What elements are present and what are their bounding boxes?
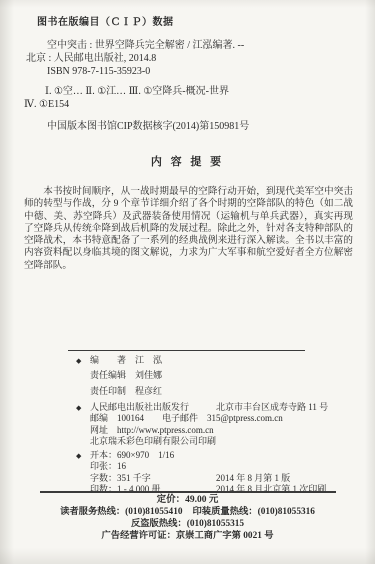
print-supervisor-line: 责任印制 程彦红	[90, 386, 162, 396]
colophon-row-postcode-email: 邮编 100164 电子邮件 315@ptpress.com.cn	[90, 413, 361, 424]
postcode-email-line: 邮编 100164 电子邮件 315@ptpress.com.cn	[90, 413, 283, 423]
printer-line: 北京瑞禾彩色印刷有限公司印刷	[90, 436, 216, 446]
antipiracy-hotline-number: (010)81055315	[187, 519, 244, 529]
colophon-row-printer: 北京瑞禾彩色印刷有限公司印刷	[90, 436, 361, 447]
colophon-row-format: ◆ 开本：690×970 1/16	[90, 450, 361, 461]
colophon-section: ◆ 编 著 江 泓 责任编辑 刘佳娜 责任印制 程彦红 ◆ 人民邮电出版社出版发…	[90, 353, 361, 495]
cip-class-line2: Ⅳ. ①E154	[24, 98, 357, 111]
cip-isbn-line: ISBN 978-7-115-35923-0	[26, 65, 357, 78]
format-line: 开本：690×970 1/16	[90, 450, 174, 460]
colophon-row-website: 网址 http://www.ptpress.com.cn	[90, 425, 361, 436]
editor-line: 责任编辑 刘佳娜	[90, 370, 162, 380]
service-hotline-number: (010)81055410	[125, 507, 182, 517]
antipiracy-hotline-label: 反盗版热线：	[131, 519, 187, 529]
antipiracy-hotline-line: 反盗版热线：(010)81055315	[0, 518, 375, 530]
edition-line: 2014 年 8 月第 1 版	[216, 473, 290, 484]
abstract-body: 本书按时间顺序，从一战时期最早的空降行动开始，到现代美军空中突击师的转型与作战，…	[24, 186, 353, 272]
service-hotline-line: 读者服务热线：(010)81055410印装质量热线：(010)81055316	[0, 506, 375, 518]
cip-class-line1: Ⅰ. ①空… Ⅱ. ①江… Ⅲ. ①空降兵-概况-世界	[24, 85, 357, 98]
cip-publisher-line: 北京 : 人民邮电出版社, 2014.8	[26, 52, 357, 65]
diamond-bullet-icon: ◆	[76, 451, 81, 462]
cip-heading: 图书在版编目（ＣＩＰ）数据	[37, 13, 174, 28]
diamond-bullet-icon: ◆	[76, 403, 81, 414]
footer-section: 定价：49.00 元 读者服务热线：(010)81055410印装质量热线：(0…	[0, 494, 375, 543]
publisher-line: 人民邮电出版社出版发行	[90, 402, 189, 412]
colophon-row-author: ◆ 编 著 江 泓	[90, 353, 361, 368]
wordcount-line: 字数：351 千字	[90, 473, 151, 483]
cip-record-number: 中国版本图书馆CIP数据核字(2014)第150981号	[47, 117, 249, 132]
colophon-row-publisher: ◆ 人民邮电出版社出版发行 北京市丰台区成寿寺路 11 号	[90, 402, 361, 413]
ad-license-line: 广告经营许可证：京崇工商广字第 0021 号	[0, 530, 375, 542]
publisher-address: 北京市丰台区成寿寺路 11 号	[216, 402, 328, 413]
cip-title-block: 空中突击 : 世界空降兵完全解密 / 江泓编著. -- 北京 : 人民邮电出版社…	[26, 39, 357, 78]
price-line: 定价：49.00 元	[0, 494, 375, 506]
quality-hotline-number: (010)81055316	[258, 507, 315, 517]
cip-class-block: Ⅰ. ①空… Ⅱ. ①江… Ⅲ. ①空降兵-概况-世界 Ⅳ. ①E154	[24, 85, 357, 111]
quality-hotline-label: 印装质量热线：	[193, 507, 258, 517]
book-copyright-page: 图书在版编目（ＣＩＰ）数据 空中突击 : 世界空降兵完全解密 / 江泓编著. -…	[0, 0, 375, 564]
colophon-row-sheets: 印张：16	[90, 461, 361, 472]
abstract-heading: 内 容 提 要	[0, 153, 375, 169]
author-line: 编 著 江 泓	[90, 355, 162, 365]
service-hotline-label: 读者服务热线：	[60, 507, 125, 517]
divider-bottom	[40, 491, 336, 493]
colophon-row-editor: 责任编辑 刘佳娜	[90, 368, 361, 383]
colophon-row-print-supervisor: 责任印制 程彦红	[90, 384, 361, 399]
cip-title-line: 空中突击 : 世界空降兵完全解密 / 江泓编著. --	[26, 39, 357, 52]
colophon-row-wordcount: 字数：351 千字 2014 年 8 月第 1 版	[90, 473, 361, 484]
divider-top	[68, 350, 305, 351]
sheets-line: 印张：16	[90, 461, 126, 471]
diamond-bullet-icon: ◆	[76, 354, 81, 369]
website-line: 网址 http://www.ptpress.com.cn	[90, 425, 214, 435]
